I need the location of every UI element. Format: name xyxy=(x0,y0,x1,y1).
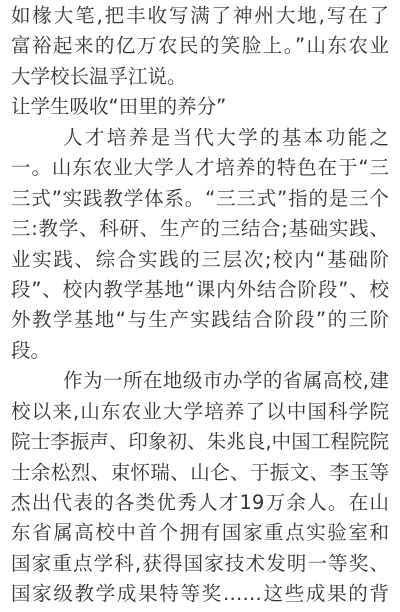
text-line: 东省属高校中首个拥有国家重点实验室和 xyxy=(11,518,389,548)
text-line: 三式”实践教学体系。“三三式”指的是三个 xyxy=(11,184,389,214)
text-line: 一。山东农业大学人才培养的特色在于“三 xyxy=(11,153,389,183)
text-line: 校以来,山东农业大学培养了以中国科学院 xyxy=(11,397,389,427)
text-line: 富裕起来的亿万农民的笑脸上。”山东农业 xyxy=(11,31,389,61)
text-line: 段。 xyxy=(11,336,389,366)
section-heading: 让学生吸收“田里的养分” xyxy=(11,92,389,122)
text-line: 段”、校内教学基地“课内外结合阶段”、校 xyxy=(11,275,389,305)
text-line: 外教学基地“与生产实践结合阶段”的三阶 xyxy=(11,305,389,335)
text-line: 大学校长温孚江说。 xyxy=(11,62,389,92)
article-page: 如椽大笔,把丰收写满了神州大地,写在了富裕起来的亿万农民的笑脸上。”山东农业大学… xyxy=(0,0,400,612)
text-line: 国家重点学科,获得国家技术发明一等奖、 xyxy=(11,549,389,579)
text-line: 作为一所在地级市办学的省属高校,建 xyxy=(11,366,389,396)
text-line: 如椽大笔,把丰收写满了神州大地,写在了 xyxy=(11,1,389,31)
text-line: 三:教学、科研、生产的三结合;基础实践、专 xyxy=(11,214,389,244)
article-body: 如椽大笔,把丰收写满了神州大地,写在了富裕起来的亿万农民的笑脸上。”山东农业大学… xyxy=(0,0,400,610)
text-line: 业实践、综合实践的三层次;校内“基础阶 xyxy=(11,245,389,275)
text-line: 院士李振声、印象初、朱兆良,中国工程院院 xyxy=(11,427,389,457)
text-line: 士余松烈、束怀瑞、山仑、于振文、李玉等为 xyxy=(11,458,389,488)
text-line: 人才培养是当代大学的基本功能之 xyxy=(11,123,389,153)
text-line: 杰出代表的各类优秀人才19万余人。在山 xyxy=(11,488,389,518)
text-line: 国家级教学成果特等奖……这些成果的背 xyxy=(11,579,389,609)
